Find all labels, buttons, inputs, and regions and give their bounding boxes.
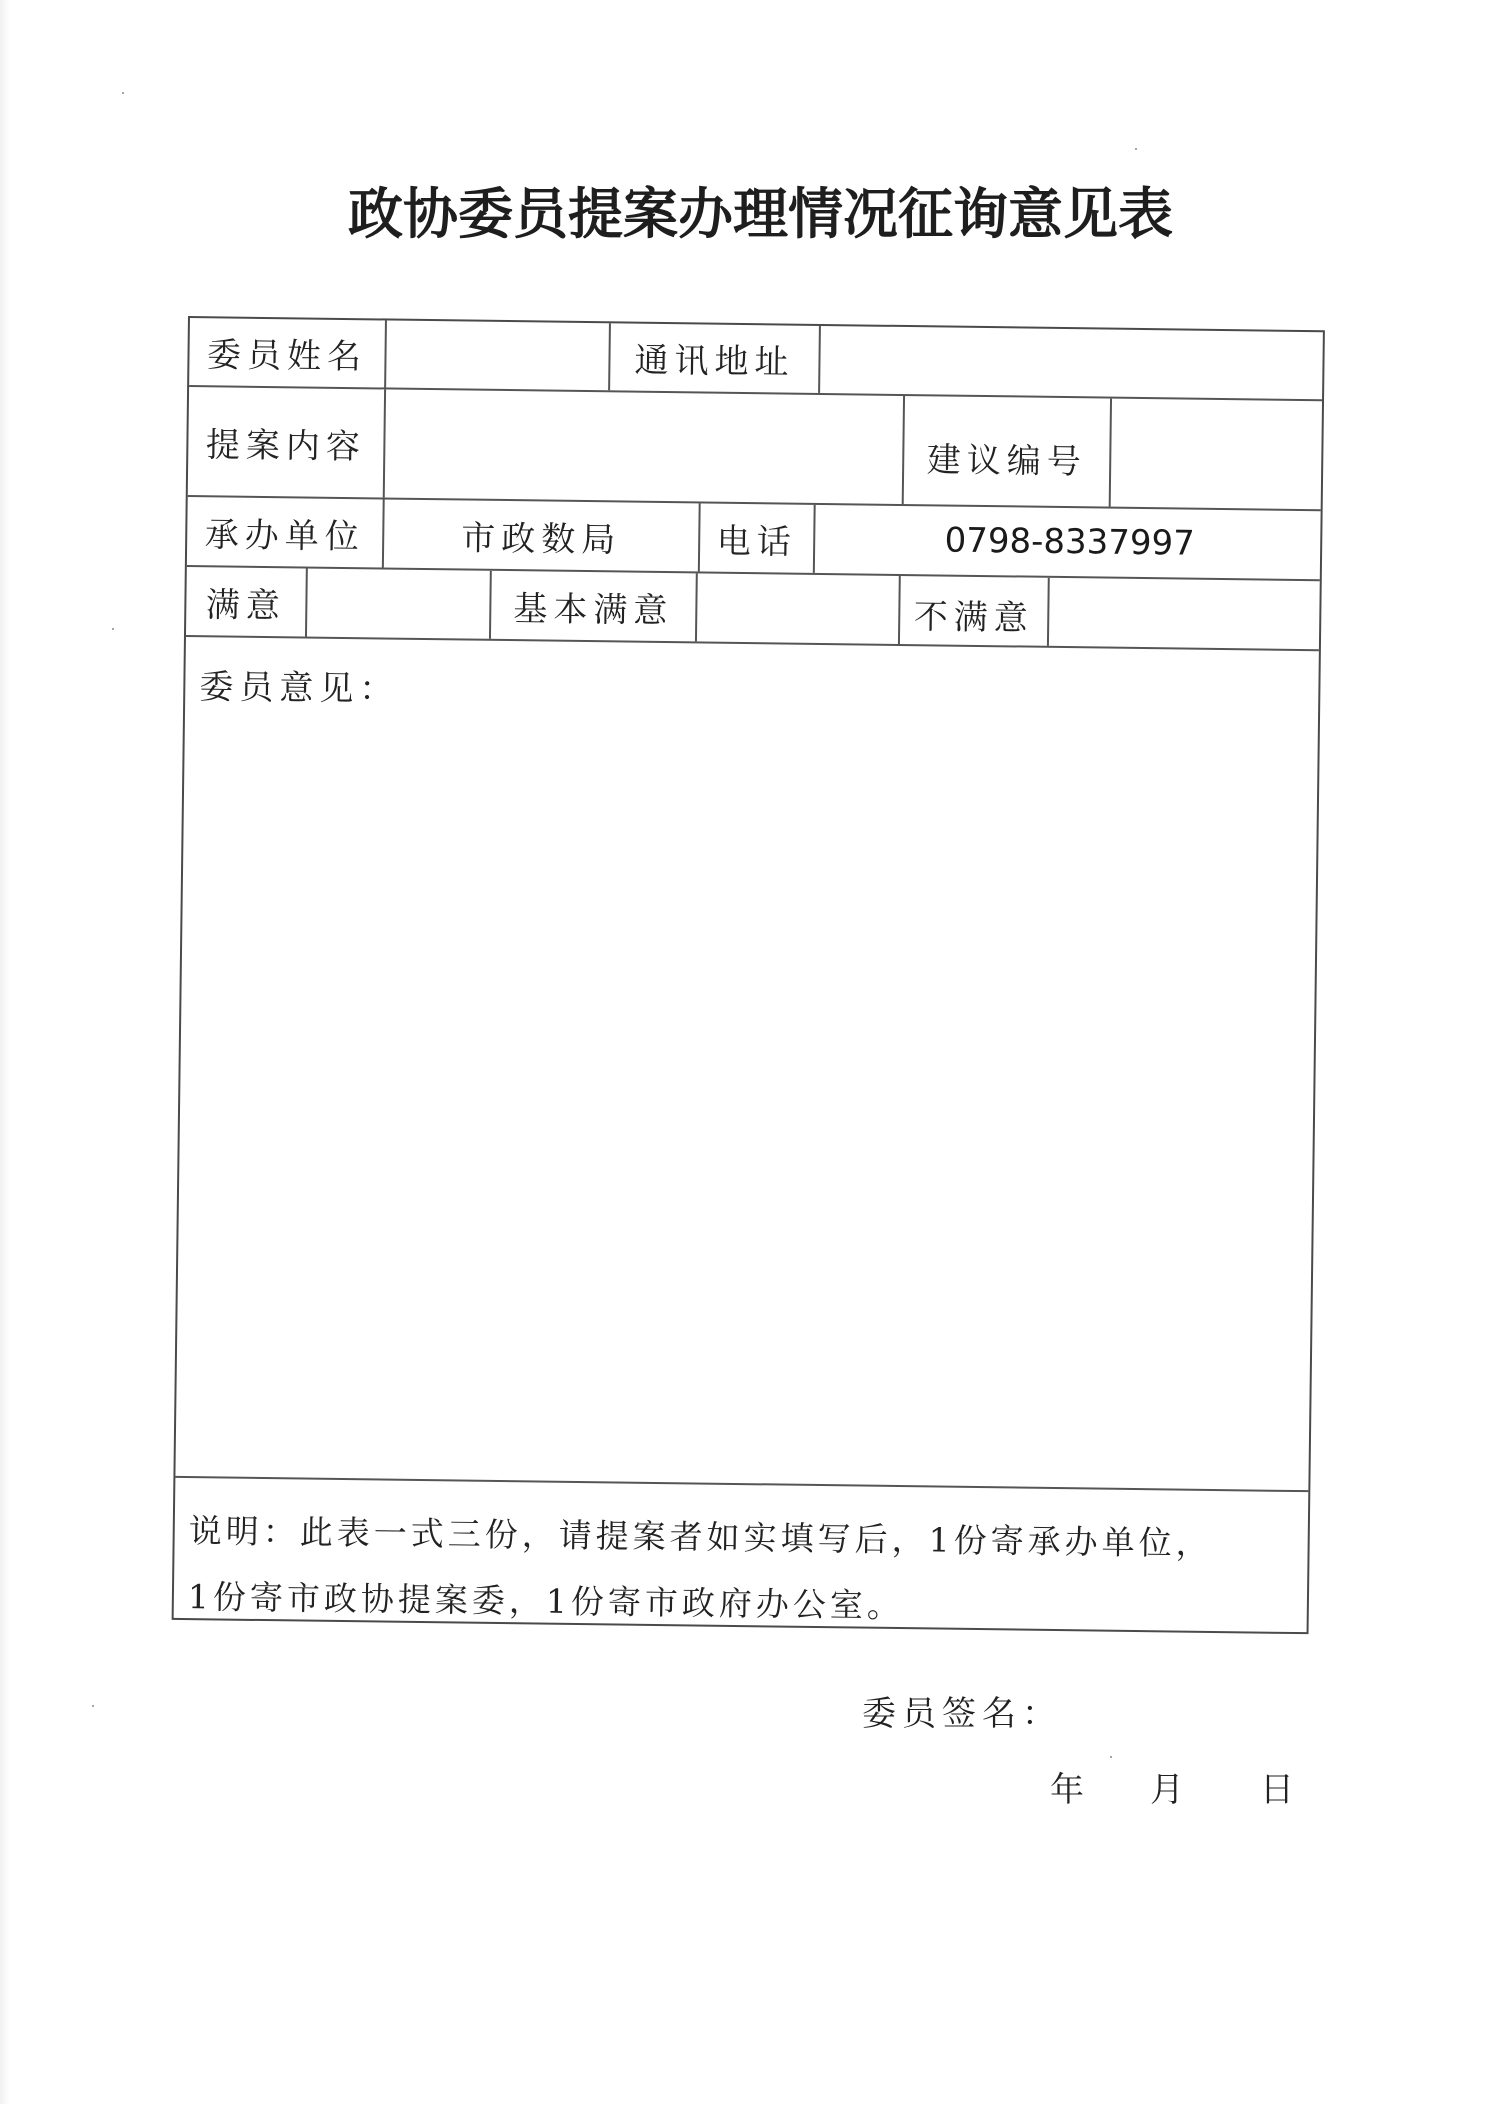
feedback-form-table: 委员姓名 通讯地址 提案内容 建议编号 承办单位 市政数局 电话 0798-83…	[172, 316, 1325, 1634]
satisfied-checkbox-cell[interactable]	[307, 569, 492, 639]
member-name-label: 委员姓名	[189, 318, 387, 387]
unsatisfied-checkbox-cell[interactable]	[1049, 578, 1324, 649]
phone-value: 0798-8337997	[815, 505, 1325, 579]
satisfied-label: 满意	[186, 567, 308, 637]
suggestion-number-label: 建议编号	[904, 396, 1112, 507]
suggestion-number-field[interactable]	[1111, 399, 1326, 510]
address-field[interactable]	[820, 326, 1327, 399]
scan-speck	[1110, 1756, 1112, 1758]
member-opinion-field[interactable]	[175, 707, 1318, 1490]
scan-speck	[122, 92, 124, 94]
instructions-section: 说明：此表一式三份，请提案者如实填写后，1份寄承办单位， 1份寄市政协提案委，1…	[174, 1478, 1309, 1632]
scan-edge	[0, 0, 10, 2104]
basically-satisfied-label: 基本满意	[491, 571, 698, 642]
instructions-text: 说明：此表一式三份，请提案者如实填写后，1份寄承办单位， 1份寄市政协提案委，1…	[187, 1498, 1294, 1644]
date-day-label: 日	[1260, 1762, 1294, 1811]
date-month-label: 月	[1150, 1762, 1184, 1811]
scan-speck	[112, 628, 114, 630]
proposal-content-field[interactable]	[385, 389, 905, 504]
scan-speck	[1135, 148, 1137, 150]
member-opinion-section: 委员意见：	[175, 637, 1318, 1492]
proposal-content-label: 提案内容	[188, 387, 386, 497]
member-signature-label: 委员签名：	[862, 1686, 1062, 1735]
form-row-proposal: 提案内容 建议编号	[188, 387, 1322, 511]
signature-date: 年 月 日	[1050, 1762, 1310, 1806]
handling-unit-label: 承办单位	[187, 497, 385, 567]
unsatisfied-label: 不满意	[900, 576, 1050, 646]
date-year-label: 年	[1050, 1762, 1084, 1811]
instructions-line-2: 1份寄市政协提案委，1份寄市政府办公室。	[187, 1564, 1293, 1644]
scan-speck	[92, 1705, 94, 1707]
member-opinion-label: 委员意见：	[199, 659, 400, 711]
handling-unit-value: 市政数局	[384, 499, 701, 571]
member-name-field[interactable]	[386, 321, 611, 391]
phone-label: 电话	[700, 503, 816, 572]
basically-satisfied-checkbox-cell[interactable]	[697, 573, 901, 644]
page-title: 政协委员提案办理情况征询意见表	[348, 182, 1198, 246]
address-label: 通讯地址	[610, 323, 821, 393]
